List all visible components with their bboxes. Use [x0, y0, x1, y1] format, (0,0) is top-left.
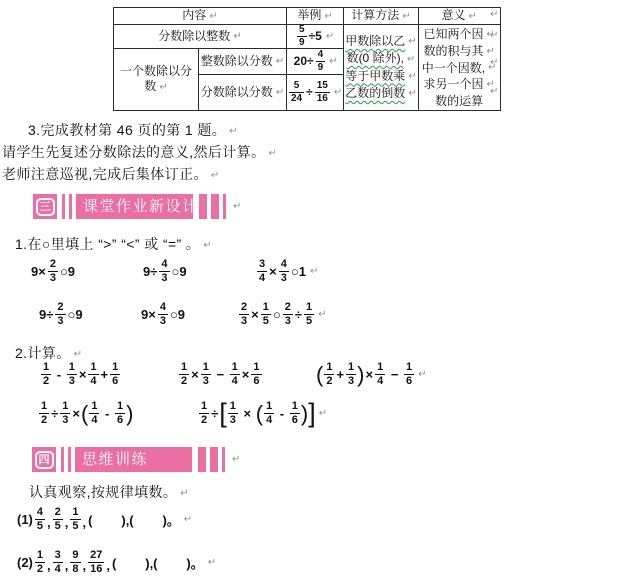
table-cell-example-3: 524÷1516↵ — [287, 75, 344, 111]
math-text: + — [335, 367, 345, 382]
math-text: × — [78, 367, 88, 382]
table-cell-method: 甲数除以乙↵ 数(0 除外),↵ 等于甲数乘↵ 乙数的倒数↵ — [344, 25, 418, 111]
fraction: 13 — [228, 401, 238, 426]
banner-bar — [210, 447, 218, 472]
line-break-mark: ↵ — [408, 36, 416, 47]
banner-title: 课堂作业新设计 — [76, 194, 193, 219]
math-expression: (12+13)×14 − 16↵ — [316, 362, 427, 387]
line-break-mark: ↵ — [319, 408, 327, 419]
math-text: 20÷ — [293, 54, 315, 69]
math-expression: 12×13 − 14×16 — [178, 362, 263, 387]
table-cell-frac-by-frac: 分数除以分数↵ — [199, 75, 287, 111]
fraction: 12 — [179, 362, 189, 387]
math-text: ÷ — [305, 85, 314, 100]
fraction: 43 — [159, 259, 169, 284]
line-break-mark: ↵ — [269, 148, 278, 159]
math-text: ÷5 — [308, 29, 323, 44]
banner-bar — [62, 194, 65, 219]
math-text: ○1 — [290, 264, 307, 279]
banner-bar — [199, 194, 207, 219]
math-text: ○9 — [169, 307, 186, 322]
line-break-mark: ↵ — [232, 454, 240, 465]
fraction: 23 — [48, 259, 58, 284]
line-break-mark: ↵ — [211, 170, 220, 181]
math-text: + — [100, 367, 110, 382]
math-text: ÷ — [294, 307, 303, 322]
fraction: 43 — [158, 302, 168, 327]
line-break-mark: ↵ — [329, 54, 337, 69]
section-number-icon: 四 — [32, 447, 56, 472]
fraction: 14 — [88, 362, 98, 387]
math-expression-sequence-1: (1)45,25,15,( ),( )。↵ — [16, 507, 192, 532]
fraction: 12 — [41, 362, 51, 387]
fraction: 13 — [346, 362, 356, 387]
line-break-mark: ↵ — [184, 514, 192, 525]
math-text: - — [52, 367, 66, 382]
fraction: 12 — [199, 401, 209, 426]
line-break-mark: ↵ — [233, 31, 241, 42]
large-parenthesis: ( — [316, 365, 323, 385]
line-break-mark: ↵ — [402, 11, 410, 22]
math-expression: 524÷1516↵ — [288, 81, 342, 104]
math-text: × — [190, 367, 200, 382]
math-text: (2) — [16, 555, 34, 570]
separator-comma: , — [82, 558, 88, 575]
paragraph-mark: ↵ — [490, 57, 498, 68]
math-text: × — [239, 406, 256, 421]
math-text: 9÷ — [38, 307, 54, 322]
fraction: 16 — [404, 362, 414, 387]
paragraph-mark: ↵ — [490, 30, 498, 41]
fraction: 23 — [55, 302, 65, 327]
section-number-icon: 三 — [33, 194, 57, 219]
math-text: × — [71, 406, 81, 421]
paragraph-mark: ↵ — [490, 9, 498, 20]
line-break-mark: ↵ — [408, 88, 416, 99]
fraction-division-summary-table: 内容↵ 举例↵ 计算方法↵ 意义↵ 分数除以整数↵ 59÷5↵ 甲数除以乙↵ 数… — [113, 7, 501, 111]
table-header-meaning: 意义↵ — [418, 8, 500, 25]
large-parenthesis: ) — [301, 404, 308, 424]
fraction: 14 — [89, 401, 99, 426]
line-break-mark: ↵ — [407, 54, 415, 65]
large-parenthesis: ( — [256, 404, 263, 424]
paragraph-mark: ↵ — [490, 86, 498, 97]
fraction: 16 — [251, 362, 261, 387]
table-cell-example-2: 20÷49↵ — [287, 49, 344, 75]
line-break-mark: ↵ — [310, 266, 318, 277]
table-header-content: 内容↵ — [114, 8, 287, 25]
large-bracket: [ — [219, 401, 227, 425]
math-text: × — [365, 367, 375, 382]
fraction: 16 — [290, 401, 300, 426]
fraction: 49 — [316, 50, 326, 73]
banner-bar — [198, 447, 206, 472]
math-text: ÷ — [50, 406, 59, 421]
math-expression: 9÷43○9 — [142, 259, 188, 284]
math-text: 9× — [30, 264, 47, 279]
section-banner-classwork: 三 课堂作业新设计 ↵ — [33, 194, 241, 219]
math-text: × — [268, 264, 278, 279]
banner-bar — [223, 194, 226, 219]
large-parenthesis: ) — [126, 404, 133, 424]
separator-comma: , — [64, 515, 70, 532]
math-text: ○ — [272, 307, 282, 322]
math-text: − — [212, 367, 229, 382]
math-text: ○9 — [67, 307, 84, 322]
fraction: 13 — [60, 401, 70, 426]
line-break-mark: ↵ — [180, 488, 189, 499]
paragraph: 认真观察,按规律填数。↵ — [29, 482, 189, 502]
math-expression-sequence-2: (2)12,34,98,2716,( ),( )。↵ — [16, 550, 216, 575]
line-break-mark: ↵ — [159, 82, 167, 93]
math-expression: 9×43○9 — [140, 302, 186, 327]
math-text: 9× — [140, 307, 157, 322]
math-expression: 20÷49↵ — [288, 50, 342, 73]
line-break-mark: ↵ — [326, 29, 334, 44]
fraction: 12 — [324, 362, 334, 387]
fraction: 12 — [39, 401, 49, 426]
fraction: 45 — [35, 507, 45, 532]
fraction: 13 — [67, 362, 77, 387]
math-text: (1) — [16, 512, 34, 527]
line-break-mark: ↵ — [486, 46, 494, 57]
separator-comma: , — [64, 558, 70, 575]
document-page: 内容↵ 举例↵ 计算方法↵ 意义↵ 分数除以整数↵ 59÷5↵ 甲数除以乙↵ 数… — [0, 0, 625, 581]
banner-bar — [68, 447, 71, 472]
line-break-mark: ↵ — [229, 126, 238, 137]
large-parenthesis: ( — [81, 404, 88, 424]
math-text: ( ),( )。 — [111, 553, 205, 572]
math-text: × — [250, 307, 260, 322]
paragraph: 老师注意巡视,完成后集体订正。↵ — [2, 164, 220, 184]
fraction: 2716 — [88, 550, 104, 575]
fraction: 13 — [201, 362, 211, 387]
line-break-mark: ↵ — [74, 349, 83, 360]
fraction: 59 — [297, 25, 307, 48]
line-break-mark: ↵ — [334, 85, 342, 100]
line-break-mark: ↵ — [324, 11, 332, 22]
fraction: 14 — [230, 362, 240, 387]
fraction: 14 — [375, 362, 385, 387]
math-text: × — [241, 367, 251, 382]
line-break-mark: ↵ — [318, 309, 326, 320]
fraction: 14 — [264, 401, 274, 426]
math-text: 9÷ — [142, 264, 158, 279]
table-cell-meaning: 已知两个因↵ 数的积与其↵ 中一个因数,↵ 求另一个因↵ 数的运算 — [418, 25, 500, 111]
line-break-mark: ↵ — [209, 11, 217, 22]
math-text: ○9 — [59, 264, 76, 279]
fraction: 15 — [304, 302, 314, 327]
math-expression: 12÷13×(14 - 16) — [38, 401, 133, 426]
fraction: 23 — [239, 302, 249, 327]
math-expression: 59÷5↵ — [288, 25, 342, 48]
fraction: 16 — [110, 362, 120, 387]
line-break-mark: ↵ — [276, 87, 284, 98]
table-cell-group-label: 一个数除以分数↵ — [114, 49, 199, 111]
table-cell-frac-by-int: 分数除以整数↵ — [114, 25, 287, 49]
line-break-mark: ↵ — [418, 369, 426, 380]
question-1-label: 1.在○里填上 “>” “<” 或 “=” 。↵ — [15, 234, 212, 254]
math-text: − — [386, 367, 403, 382]
math-text: ÷ — [210, 406, 219, 421]
line-break-mark: ↵ — [276, 56, 284, 67]
paragraph: 请学生先复述分数除法的意义,然后计算。↵ — [2, 142, 277, 162]
separator-comma: , — [46, 558, 52, 575]
math-text: - — [100, 406, 114, 421]
banner-title: 思维训练 — [75, 447, 192, 472]
math-expression: 34×43○1↵ — [256, 259, 318, 284]
fraction: 524 — [289, 81, 304, 104]
math-text: - — [275, 406, 289, 421]
fraction: 34 — [53, 550, 63, 575]
fraction: 25 — [53, 507, 63, 532]
line-break-mark: ↵ — [408, 71, 416, 82]
line-break-mark: ↵ — [203, 240, 212, 251]
math-expression: 23×15○23÷15↵ — [238, 302, 326, 327]
separator-comma: , — [46, 515, 52, 532]
fraction: 15 — [70, 507, 80, 532]
math-text: ( ),( )。 — [87, 510, 181, 529]
fraction: 1516 — [315, 81, 330, 104]
table-header-example: 举例↵ — [287, 8, 344, 25]
fraction: 43 — [279, 259, 289, 284]
fraction: 16 — [115, 401, 125, 426]
math-expression: 9÷23○9 — [38, 302, 84, 327]
fraction: 34 — [257, 259, 267, 284]
banner-bar — [211, 194, 219, 219]
section-banner-thinking-training: 四 思维训练 ↵ — [32, 447, 240, 472]
line-break-mark: ↵ — [208, 557, 216, 568]
line-break-mark: ↵ — [233, 201, 241, 212]
fraction: 15 — [261, 302, 271, 327]
math-text: ○9 — [171, 264, 188, 279]
fraction: 98 — [70, 550, 80, 575]
banner-bar — [222, 447, 225, 472]
table-cell-int-by-frac: 整数除以分数↵ — [199, 49, 287, 75]
fraction: 23 — [283, 302, 293, 327]
large-bracket: ] — [308, 401, 316, 425]
line-break-mark: ↵ — [468, 11, 476, 22]
math-expression: 12 - 13×14+16 — [40, 362, 121, 387]
math-expression: 9×23○9 — [30, 259, 76, 284]
math-expression: 12÷[13 × (14 - 16)]↵ — [198, 401, 327, 426]
table-header-method: 计算方法↵ — [344, 8, 418, 25]
banner-bar — [61, 447, 64, 472]
banner-bar — [69, 194, 72, 219]
paragraph: 3.完成教材第 46 页的第 1 题。↵ — [28, 120, 238, 140]
table-cell-example-1: 59÷5↵ — [287, 25, 344, 49]
large-parenthesis: ) — [357, 365, 364, 385]
fraction: 12 — [35, 550, 45, 575]
question-2-label: 2.计算。↵ — [15, 343, 82, 363]
